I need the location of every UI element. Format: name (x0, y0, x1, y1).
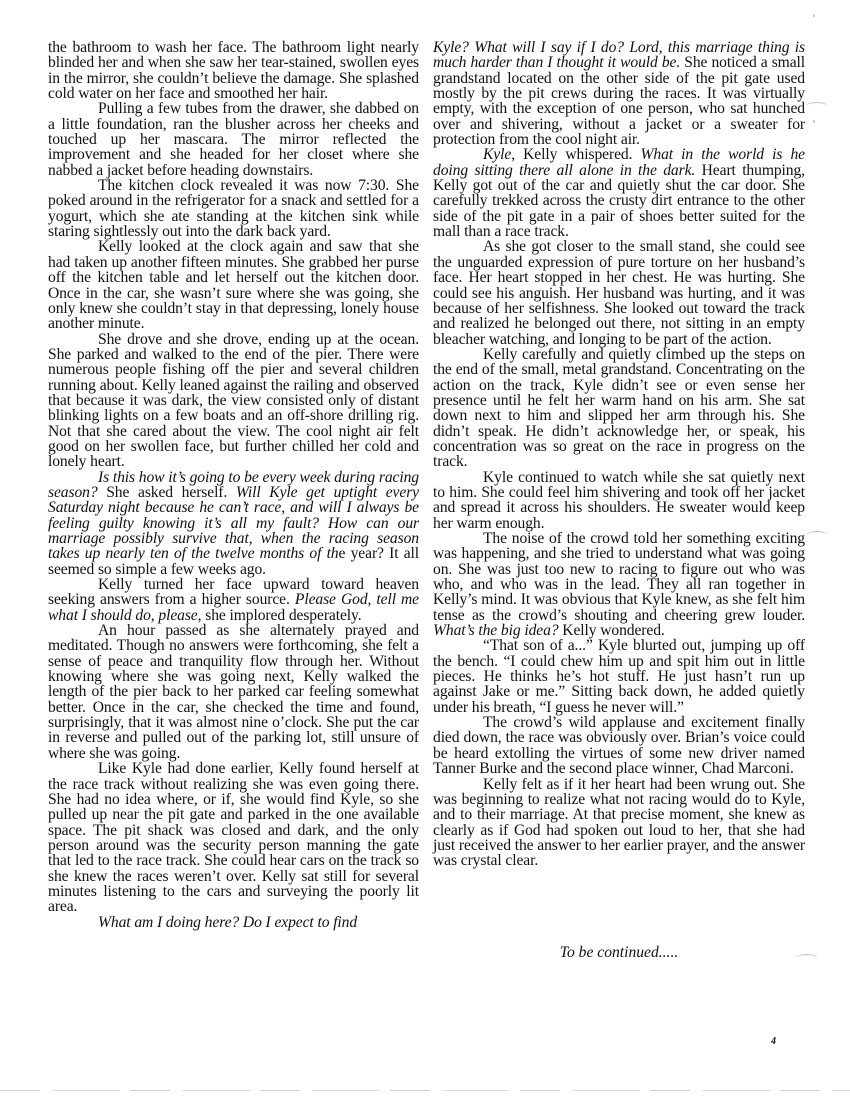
binder-hole-mark (806, 531, 828, 540)
text-run: the bathroom to wash her face. The bathr… (48, 39, 419, 102)
paragraph: The kitchen clock revealed it was now 7:… (48, 178, 419, 239)
paragraph: The noise of the crowd told her somethin… (433, 531, 805, 638)
paragraph: Kelly carefully and quietly climbed up t… (433, 347, 805, 470)
text-run: The crowd’s wild applause and excitement… (433, 714, 805, 777)
right-column: Kyle? What will I say if I do? Lord, thi… (433, 40, 805, 869)
text-run: Kelly looked at the clock again and saw … (48, 238, 419, 332)
paragraph: Kyle, Kelly whispered. What in the world… (433, 147, 805, 239)
text-run: “That son of a...” Kyle blurted out, jum… (433, 637, 805, 715)
paragraph: An hour passed as she alternately prayed… (48, 623, 419, 761)
to-be-continued-label: To be continued..... (433, 945, 805, 961)
paragraph: Kelly felt as if it her heart had been w… (433, 777, 805, 869)
paragraph: the bathroom to wash her face. The bathr… (48, 40, 419, 101)
text-run: Kelly carefully and quietly climbed up t… (433, 346, 805, 470)
text-run: The kitchen clock revealed it was now 7:… (48, 177, 419, 240)
paragraph: As she got closer to the small stand, sh… (433, 239, 805, 346)
text-run: The noise of the crowd told her somethin… (433, 530, 805, 624)
scan-edge-line (0, 1090, 850, 1091)
paragraph: Pulling a few tubes from the drawer, she… (48, 101, 419, 178)
text-run: Kyle continued to watch while she sat qu… (433, 469, 805, 532)
italic-thought: What am I doing here? Do I expect to fin… (98, 914, 357, 931)
scan-speck (813, 14, 815, 17)
paragraph: The crowd’s wild applause and excitement… (433, 715, 805, 776)
paragraph: She drove and she drove, ending up at th… (48, 332, 419, 470)
text-run: Kelly felt as if it her heart had been w… (433, 776, 805, 870)
paragraph: Kelly turned her face upward toward heav… (48, 577, 419, 623)
text-run: Like Kyle had done earlier, Kelly found … (48, 760, 419, 915)
text-run: An hour passed as she alternately prayed… (48, 622, 419, 762)
paragraph: “That son of a...” Kyle blurted out, jum… (433, 638, 805, 715)
binder-hole-mark (796, 954, 818, 963)
text-run: She drove and she drove, ending up at th… (48, 331, 419, 471)
scan-speck (813, 120, 815, 123)
paragraph: Kelly looked at the clock again and saw … (48, 239, 419, 331)
paragraph: Kyle? What will I say if I do? Lord, thi… (433, 40, 805, 147)
left-column: the bathroom to wash her face. The bathr… (48, 40, 419, 930)
paragraph: Is this how it’s going to be every week … (48, 470, 419, 577)
paragraph: Like Kyle had done earlier, Kelly found … (48, 761, 419, 914)
page-number: 4 (771, 1036, 776, 1047)
paragraph: Kyle continued to watch while she sat qu… (433, 470, 805, 531)
text-run: Pulling a few tubes from the drawer, she… (48, 100, 419, 178)
paragraph: What am I doing here? Do I expect to fin… (48, 915, 419, 930)
binder-hole-mark (806, 102, 828, 111)
text-run: As she got closer to the small stand, sh… (433, 238, 805, 347)
document-page: the bathroom to wash her face. The bathr… (0, 0, 850, 1100)
